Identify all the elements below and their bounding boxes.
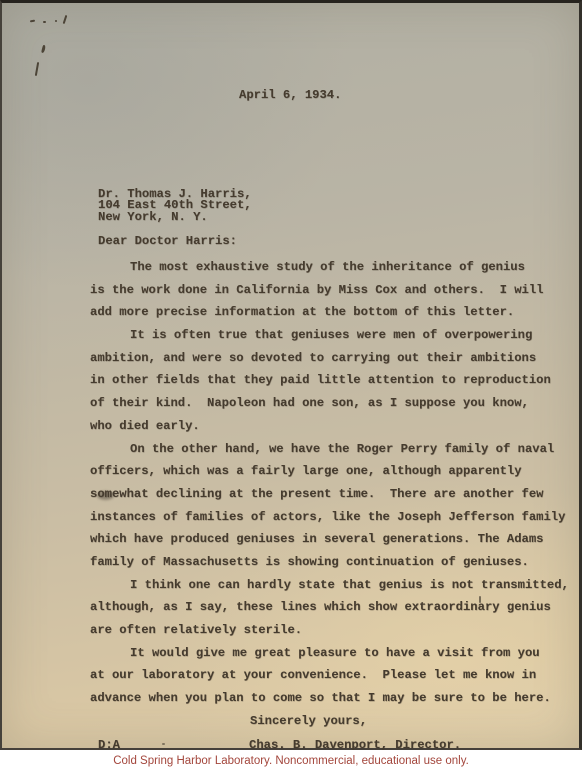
salutation: Dear Doctor Harris:	[98, 234, 237, 248]
letter-line: which have produced geniuses in several …	[90, 528, 582, 551]
letter-line: of their kind. Napoleon had one son, as …	[90, 392, 582, 415]
pen-mark	[55, 20, 57, 22]
address-line: New York, N. Y.	[98, 212, 252, 223]
pen-mark	[43, 21, 46, 23]
letter-line: advance when you plan to come so that I …	[90, 687, 582, 710]
letter-paper: April 6, 1934. Dr. Thomas J. Harris,104 …	[0, 0, 582, 750]
closing-phrase: Sincerely yours,	[250, 714, 367, 728]
letter-line: although, as I say, these lines which sh…	[90, 596, 582, 619]
letter-line: in other fields that they paid little at…	[90, 369, 582, 392]
letter-line: It would give me great pleasure to have …	[90, 642, 582, 665]
ink-speck	[162, 743, 165, 745]
letter-line: at our laboratory at your convenience. P…	[90, 664, 582, 687]
letter-line: add more precise information at the bott…	[90, 301, 582, 324]
letter-line: is the work done in California by Miss C…	[90, 279, 582, 302]
letter-line: officers, which was a fairly large one, …	[90, 460, 582, 483]
scanned-letter-page: April 6, 1934. Dr. Thomas J. Harris,104 …	[0, 0, 582, 773]
letter-line: The most exhaustive study of the inherit…	[90, 256, 582, 279]
archive-credit-line: Cold Spring Harbor Laboratory. Noncommer…	[0, 750, 582, 773]
letter-line: ambition, and were so devoted to carryin…	[90, 347, 582, 370]
pen-mark	[30, 20, 35, 23]
letter-line: who died early.	[90, 415, 582, 438]
pen-mark	[63, 15, 68, 24]
letter-line: somewhat declining at the present time. …	[90, 483, 582, 506]
letter-line: It is often true that geniuses were men …	[90, 324, 582, 347]
letter-line: are often relatively sterile.	[90, 619, 582, 642]
recipient-address: Dr. Thomas J. Harris,104 East 40th Stree…	[98, 189, 252, 223]
pen-mark	[35, 62, 39, 76]
letter-line: family of Massachusetts is showing conti…	[90, 551, 582, 574]
letter-line: I think one can hardly state that genius…	[90, 574, 582, 597]
letter-line: instances of families of actors, like th…	[90, 506, 582, 529]
pen-mark	[41, 45, 46, 53]
letter-date: April 6, 1934.	[239, 88, 341, 102]
letter-line: On the other hand, we have the Roger Per…	[90, 438, 582, 461]
letter-body: The most exhaustive study of the inherit…	[90, 256, 582, 710]
